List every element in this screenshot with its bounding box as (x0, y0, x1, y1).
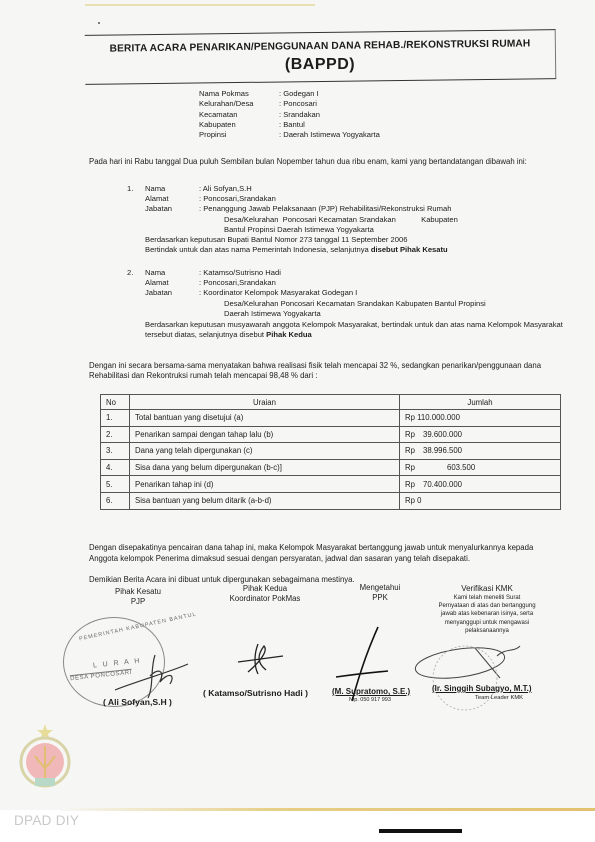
info-label: Propinsi (199, 130, 279, 140)
amount-value: 0 (417, 496, 421, 505)
document-subtitle: (BAPPD) (90, 56, 550, 74)
party-2: 2.Nama: Katamso/Sutrisno Hadi Alamat: Po… (127, 268, 544, 319)
row-amount: Rp 110.000.000 (400, 410, 561, 427)
verification-line: Pernyataan di atas dan bertanggung (422, 602, 552, 610)
role-label: Mengetahui (345, 583, 415, 593)
currency: Rp (405, 430, 423, 439)
row-desc: Sisa dana yang belum dipergunakan (b-c)] (130, 459, 400, 476)
party-position-cont: Desa/Kelurahan Poncosari Kecamatan Srand… (224, 215, 544, 225)
verification-note: Verifikasi KMK Kami telah meneliti Surat… (422, 584, 552, 635)
header-no: No (101, 395, 130, 410)
table-row: 6.Sisa bantuan yang belum ditarik (a-b-d… (101, 492, 561, 509)
signatory-name-singgih: (Ir. Singgih Subagyo, M.T.) (432, 684, 532, 693)
info-value: : Poncosari (279, 99, 317, 109)
party-position-cont: Desa/Kelurahan Poncosari Kecamatan Srand… (224, 299, 544, 309)
signatory-name-ali-sofyan: ( Ali Sofyan,S.H ) (103, 697, 172, 707)
party-1-basis: Berdasarkan keputusan Bupati Bantul Nomo… (145, 235, 565, 255)
info-value: : Daerah Istimewa Yogyakarta (279, 130, 380, 140)
field-label: Alamat (145, 194, 199, 204)
row-amount: Rp 0 (400, 492, 561, 509)
decree-text: Berdasarkan keputusan musyawarah anggota… (145, 320, 563, 339)
amount-value: 39.600.000 (423, 430, 462, 439)
info-value: : Godegan I (279, 89, 319, 99)
party-name: : Katamso/Sutrisno Hadi (199, 268, 519, 278)
currency: Rp (405, 446, 423, 455)
row-amount: Rp39.600.000 (400, 426, 561, 443)
row-no: 3. (101, 443, 130, 460)
signatory-name-supratomo: (M. Supratomo, S.E.) (332, 687, 410, 696)
currency: Rp (405, 463, 423, 472)
row-amount: Rp603.500 (400, 459, 561, 476)
row-no: 6. (101, 492, 130, 509)
header-jumlah: Jumlah (400, 395, 561, 410)
info-label: Kecamatan (199, 110, 279, 120)
party-number: 2. (127, 268, 145, 278)
row-amount: Rp38.996.500 (400, 443, 561, 460)
party-position-cont: Bantul Propinsi Daerah Istimewa Yogyakar… (224, 225, 544, 235)
party-designation: disebut Pihak Kesatu (371, 245, 448, 254)
party-address: : Poncosari,Srandakan (199, 278, 519, 288)
party-position-cont: Daerah Istimewa Yogyakarta (224, 309, 544, 319)
signatory-pihak-kesatu-role: Pihak Kesatu PJP (103, 587, 173, 607)
role-title: PPK (345, 593, 415, 603)
party-2-basis: Berdasarkan keputusan musyawarah anggota… (145, 320, 565, 340)
signature-ali-sofyan (110, 650, 190, 700)
verification-line: menyanggupi untuk mengawasi (422, 619, 552, 627)
row-no: 5. (101, 476, 130, 493)
role-label: Pihak Kedua (215, 584, 315, 594)
signatory-pihak-kedua-role: Pihak Kedua Koordinator PokMas (215, 584, 315, 604)
table-row: 2.Penarikan sampai dengan tahap lalu (b)… (101, 426, 561, 443)
acting-text: Bertindak untuk dan atas nama Pemerintah… (145, 245, 371, 254)
opening-paragraph: Pada hari ini Rabu tanggal Dua puluh Sem… (89, 157, 559, 167)
field-label: Alamat (145, 278, 199, 288)
row-no: 1. (101, 410, 130, 427)
currency: Rp (405, 496, 415, 505)
role-title: PJP (103, 597, 173, 607)
party-position: : Penanggung Jawab Pelaksanaan (PJP) Reh… (199, 204, 519, 214)
party-number: 1. (127, 184, 145, 194)
info-label: Nama Pokmas (199, 89, 279, 99)
info-value: : Bantul (279, 120, 305, 130)
verification-heading: Verifikasi KMK (422, 584, 552, 594)
row-amount: Rp70.400.000 (400, 476, 561, 493)
signatory-name-katamso: ( Katamso/Sutrisno Hadi ) (203, 688, 308, 698)
signature-katamso (228, 640, 288, 680)
table-row: 4.Sisa dana yang belum dipergunakan (b-c… (101, 459, 561, 476)
row-desc: Penarikan sampai dengan tahap lalu (b) (130, 426, 400, 443)
info-label: Kabupaten (199, 120, 279, 130)
table-row: 5.Penarikan tahap ini (d)Rp70.400.000 (101, 476, 561, 493)
currency: Rp (405, 413, 415, 422)
verification-line: Kami telah meneliti Surat (422, 594, 552, 602)
row-desc: Dana yang telah dipergunakan (c) (130, 443, 400, 460)
table-row: 1.Total bantuan yang disetujui (a)Rp 110… (101, 410, 561, 427)
amount-value: 70.400.000 (423, 480, 462, 489)
funds-table: No Uraian Jumlah 1.Total bantuan yang di… (100, 394, 561, 510)
party-designation: Pihak Kedua (266, 330, 312, 339)
statement-paragraph: Dengan ini secara bersama-sama menyataka… (89, 361, 563, 381)
scan-bar (379, 829, 462, 833)
row-desc: Total bantuan yang disetujui (a) (130, 410, 400, 427)
role-title: Koordinator PokMas (215, 594, 315, 604)
closing-paragraph: Dengan disepakatinya pencairan dana taha… (89, 543, 563, 564)
info-label: Kelurahan/Desa (199, 99, 279, 109)
signatory-nip: Nip. 050 917 993 (349, 697, 391, 703)
verification-line: jawab atas kebenaran isinya, serta (422, 610, 552, 618)
amount-value: 603.500 (423, 463, 475, 472)
currency: Rp (405, 480, 423, 489)
field-label: Jabatan (145, 288, 199, 298)
row-desc: Sisa bantuan yang belum ditarik (a-b-d) (130, 492, 400, 509)
party-1: 1.Nama: Ali Sofyan,S.H Alamat: Poncosari… (127, 184, 544, 235)
party-name: : Ali Sofyan,S.H (199, 184, 519, 194)
role-label: Pihak Kesatu (103, 587, 173, 597)
table-row: 3.Dana yang telah dipergunakan (c)Rp38.9… (101, 443, 561, 460)
dpad-emblem-icon (15, 722, 75, 792)
verification-line: pelaksanaannya (422, 627, 552, 635)
amount-value: 110.000.000 (417, 413, 460, 422)
pokmas-info: Nama Pokmas: Godegan I Kelurahan/Desa: P… (199, 89, 380, 140)
scan-speck (98, 22, 100, 24)
row-no: 4. (101, 459, 130, 476)
amount-value: 38.996.500 (423, 446, 462, 455)
page-edge (60, 808, 595, 811)
party-position: : Koordinator Kelompok Masyarakat Godega… (199, 288, 519, 298)
info-value: : Srandakan (279, 110, 320, 120)
field-label: Nama (145, 268, 199, 278)
row-no: 2. (101, 426, 130, 443)
signatory-mengetahui-role: Mengetahui PPK (345, 583, 415, 603)
field-label: Jabatan (145, 204, 199, 214)
signatory-title-team-leader: Team Leader KMK (475, 695, 523, 701)
field-label: Nama (145, 184, 199, 194)
table-header-row: No Uraian Jumlah (101, 395, 561, 410)
party-address: : Poncosari,Srandakan (199, 194, 519, 204)
decree-text: Berdasarkan keputusan Bupati Bantul Nomo… (145, 235, 565, 245)
header-uraian: Uraian (130, 395, 400, 410)
watermark: DPAD DIY (14, 813, 79, 828)
row-desc: Penarikan tahap ini (d) (130, 476, 400, 493)
